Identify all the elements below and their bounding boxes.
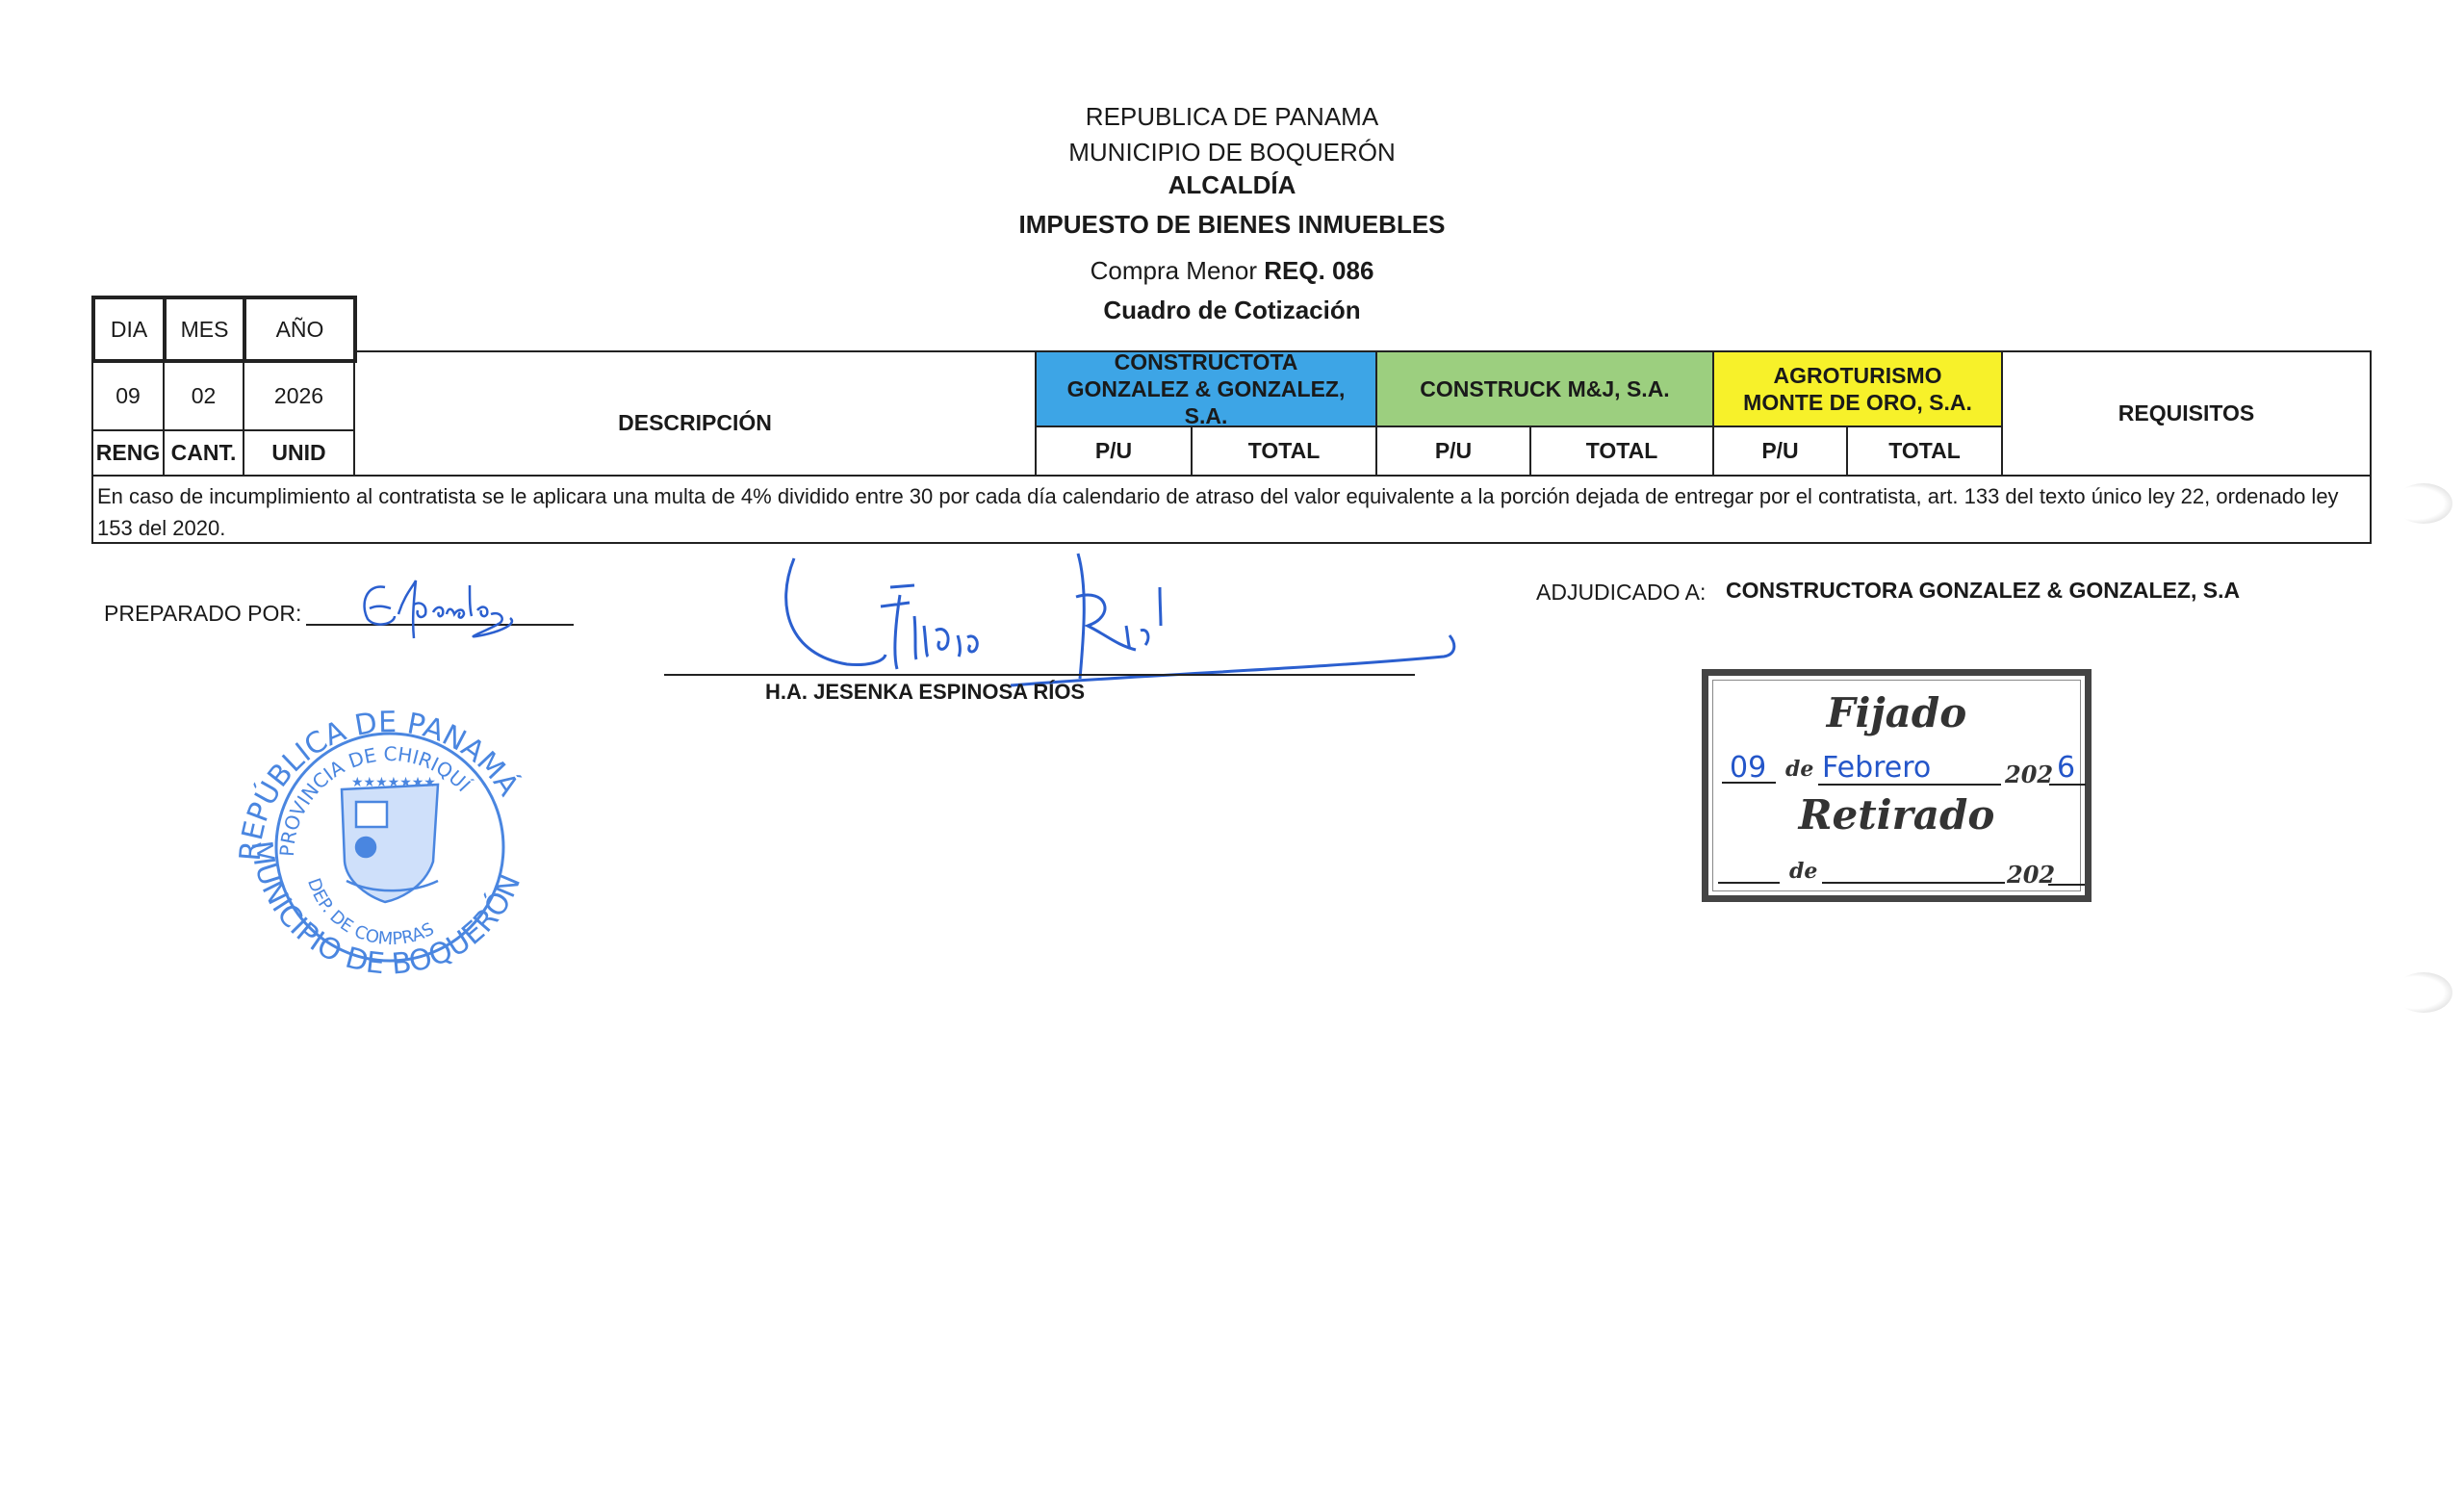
date-value-year: 2026 <box>243 361 355 431</box>
stamp-fijado-date: 09 de Febrero 202 6 <box>1722 751 2078 789</box>
punch-hole-bottom <box>2395 972 2452 1013</box>
page-subtitle: Cuadro de Cotización <box>0 296 2464 325</box>
header-tax-title: IMPUESTO DE BIENES INMUEBLES <box>0 210 2464 240</box>
prepared-by-label: PREPARADO POR: <box>104 601 301 627</box>
fijado-month: Febrero <box>1822 751 1931 785</box>
fijado-year-suffix: 6 <box>2057 751 2075 785</box>
fijado-year-prefix: 202 <box>2005 761 2053 788</box>
stamp-retirado-date: de 202 <box>1718 851 2074 890</box>
authority-signature-line <box>664 674 1415 676</box>
vendor-header-constructora-gonzalez: CONSTRUCTOTA GONZALEZ & GONZALEZ, S.A. <box>1035 350 1377 427</box>
vendor-header-agroturismo: AGROTURISMO MONTE DE ORO, S.A. <box>1712 350 2003 427</box>
retirado-de: de <box>1789 859 1817 884</box>
vendor-3-unit-price-header: P/U <box>1712 426 1848 477</box>
requisition-prefix: Compra Menor <box>1091 256 1257 285</box>
vendor-1-unit-price-header: P/U <box>1035 426 1193 477</box>
header-country: REPUBLICA DE PANAMA <box>0 102 2464 132</box>
svg-text:★★★★★★★: ★★★★★★★ <box>351 774 436 789</box>
authority-name: H.A. JESENKA ESPINOSA RÍOS <box>765 680 1085 705</box>
header-municipality: MUNICIPIO DE BOQUERÓN <box>0 138 2464 168</box>
requisition-line: Compra Menor REQ. 086 <box>0 256 2464 286</box>
vendor-3-total-header: TOTAL <box>1846 426 2003 477</box>
award-label: ADJUDICADO A: <box>1536 580 1706 606</box>
vendor-2-total-header: TOTAL <box>1529 426 1714 477</box>
column-header-cant: CANT. <box>163 429 244 477</box>
date-value-month: 02 <box>163 361 244 431</box>
date-label-month: MES <box>163 296 246 363</box>
date-label-year: AÑO <box>243 296 357 363</box>
posting-stamp: Fijado 09 de Febrero 202 6 Retirado de 2… <box>1702 669 2092 902</box>
column-header-unid: UNID <box>243 429 355 477</box>
header-office: ALCALDÍA <box>0 170 2464 200</box>
stamp-fijado-label: Fijado <box>1708 689 2085 736</box>
retirado-year-line <box>2048 884 2085 886</box>
penalty-note: En caso de incumplimiento al contratista… <box>91 475 2372 544</box>
coat-of-arms-icon: ★★★★★★★ <box>342 774 438 902</box>
fijado-de: de <box>1785 757 1813 782</box>
vendor-1-total-header: TOTAL <box>1191 426 1377 477</box>
column-header-reng: RENG <box>91 429 165 477</box>
fijado-day: 09 <box>1730 751 1766 785</box>
punch-hole-top <box>2395 483 2452 524</box>
date-value-day: 09 <box>91 361 165 431</box>
stamp-retirado-label: Retirado <box>1708 791 2085 838</box>
requisition-number: REQ. 086 <box>1264 256 1373 285</box>
prepared-by-signature <box>356 576 549 648</box>
column-header-description: DESCRIPCIÓN <box>353 350 1037 477</box>
retirado-day-line <box>1718 882 1780 884</box>
awarded-vendor: CONSTRUCTORA GONZALEZ & GONZALEZ, S.A <box>1726 578 2240 604</box>
vendor-header-construck: CONSTRUCK M&J, S.A. <box>1375 350 1714 427</box>
municipal-seal: REPÚBLICA DE PANAMÁ MUNICIPIO DE BOQUERÓ… <box>231 688 549 1006</box>
vendor-2-unit-price-header: P/U <box>1375 426 1531 477</box>
retirado-month-line <box>1822 882 2005 884</box>
date-label-day: DIA <box>91 296 167 363</box>
column-header-requirements: REQUISITOS <box>2001 350 2372 477</box>
